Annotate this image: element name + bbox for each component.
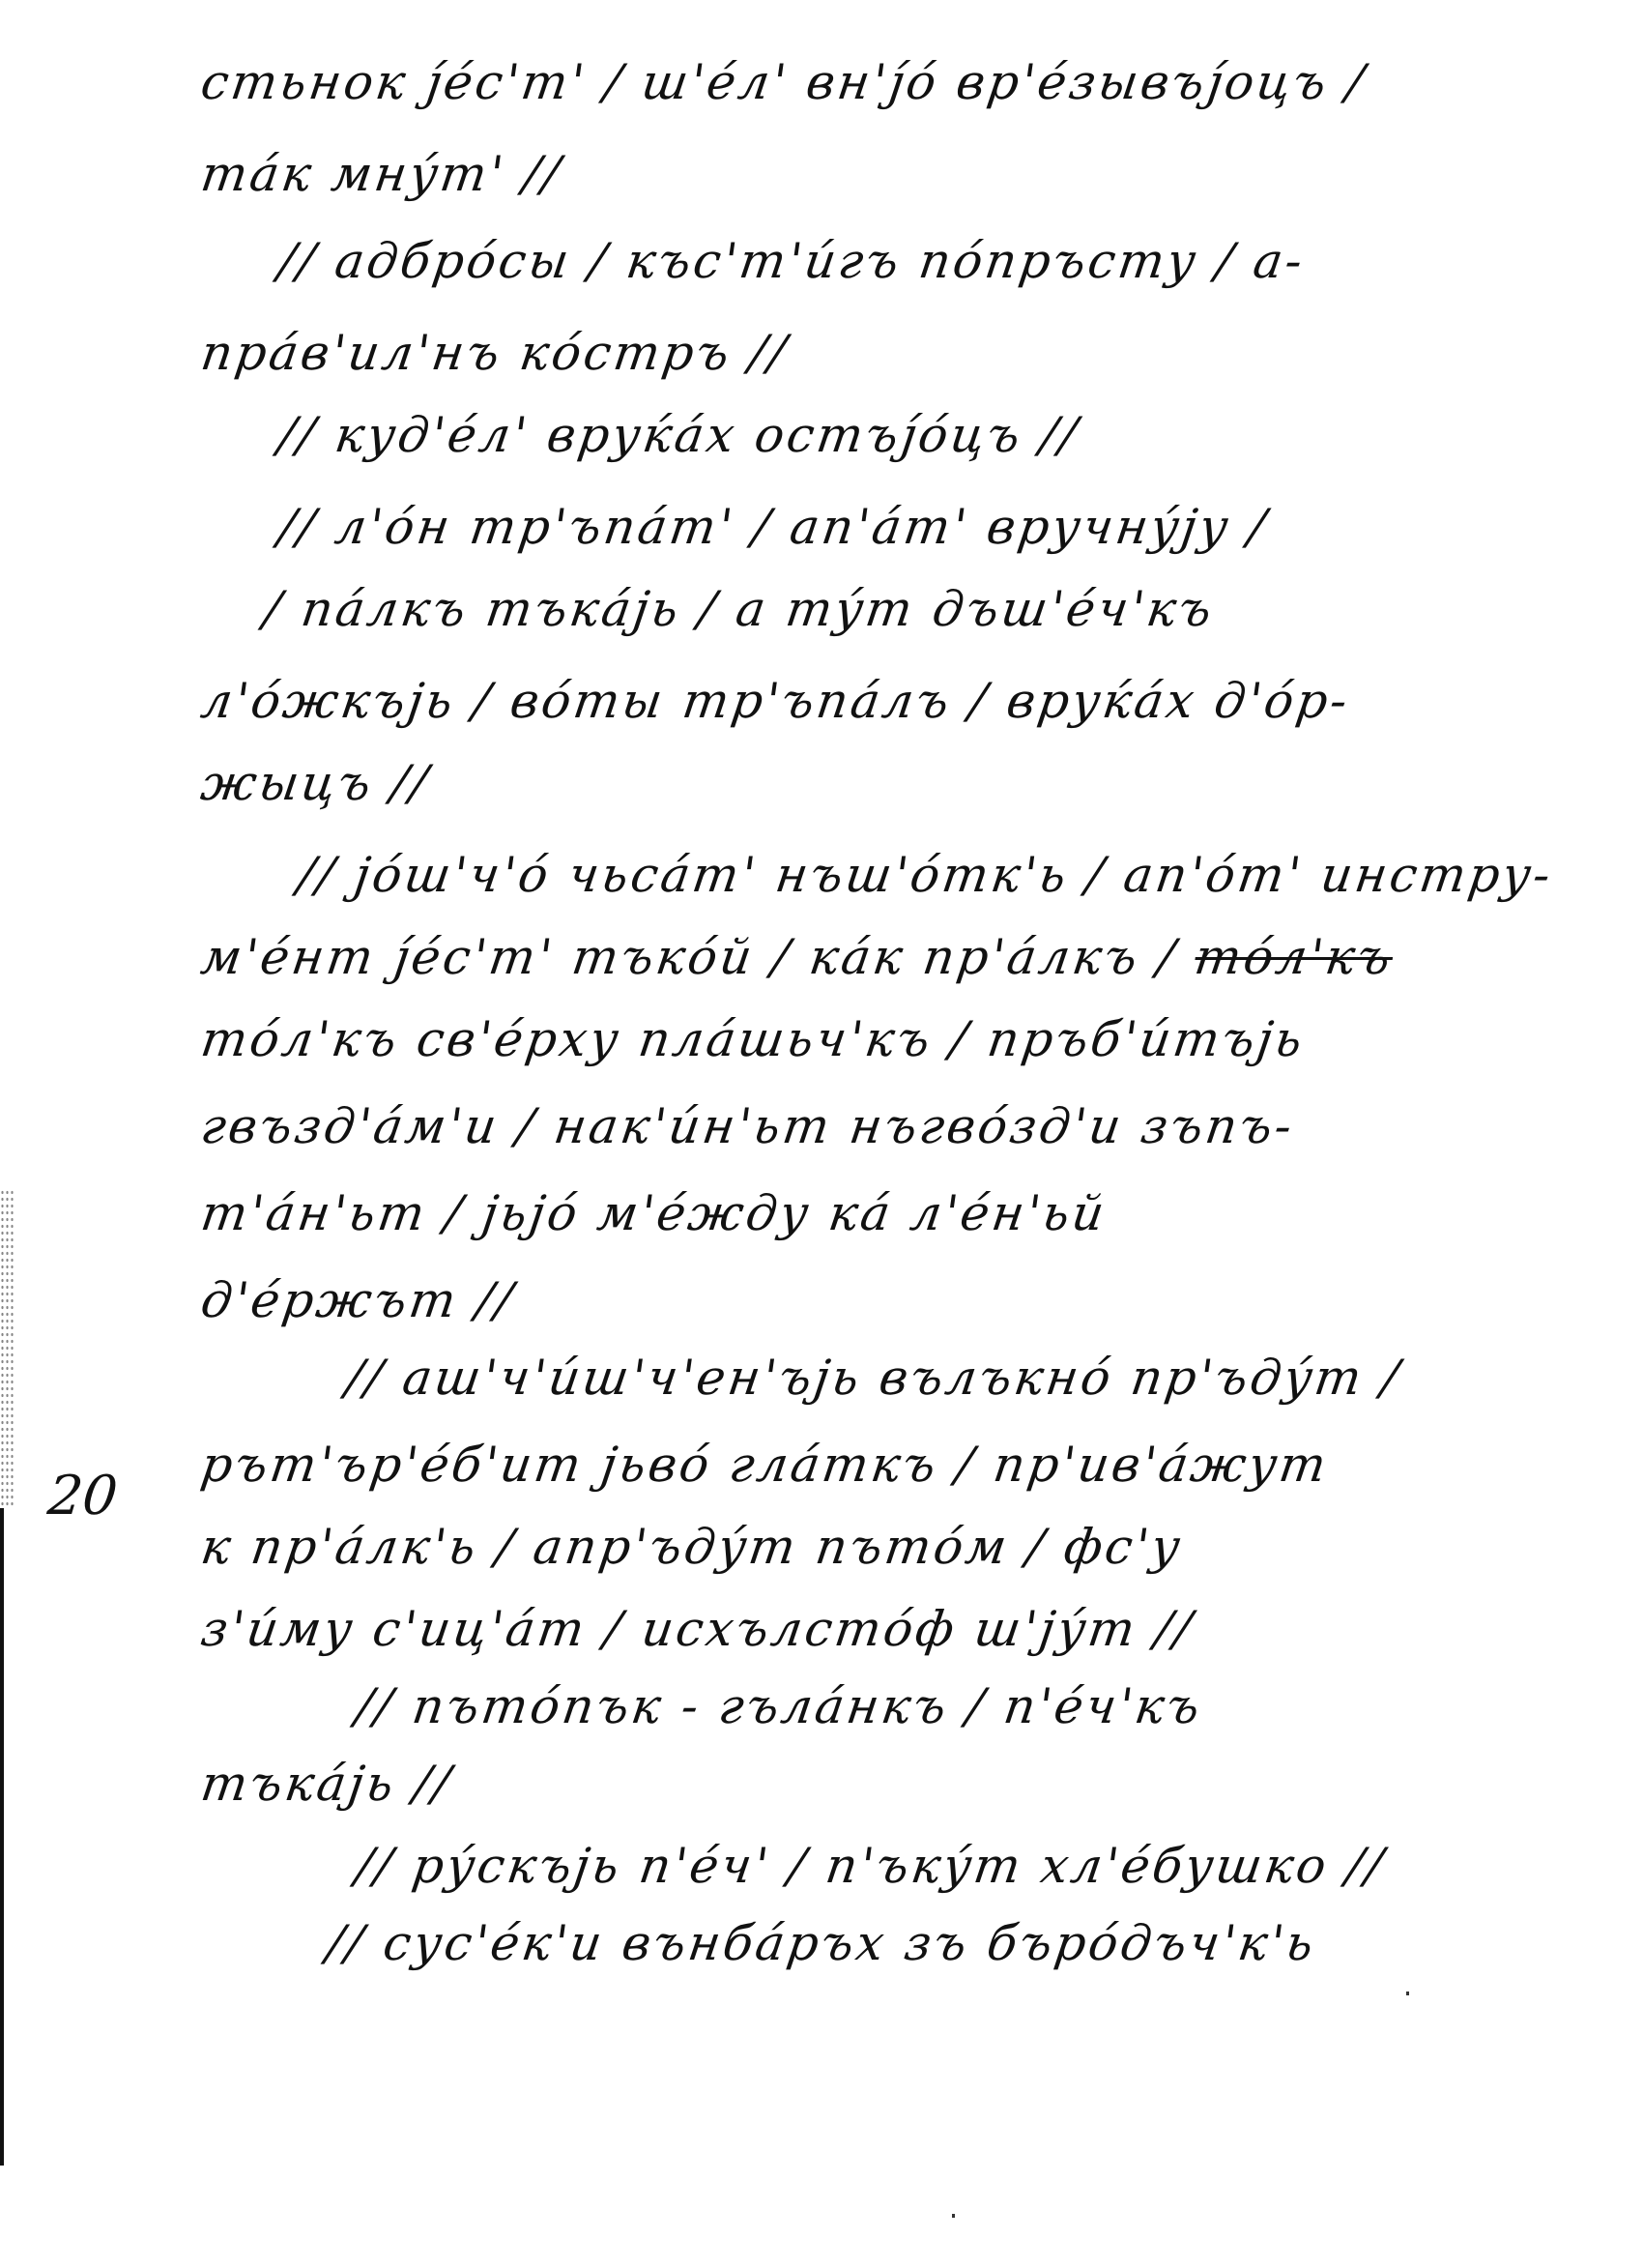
text-line-22: // ру́скъјь п'е́ч' / п'ъку́т хл'е́бушко … — [353, 1842, 1389, 1890]
text-line-11-main: м'е́нт ј́е́с'т' тъко́й / ка́к пр'а́лкъ / — [197, 929, 1181, 985]
text-line-6: // л'о́н тр'ъпа́т' / ап'а́т' вручну́ју / — [275, 503, 1271, 551]
scan-dust — [952, 2214, 955, 2218]
struck-out-word: то́л'къ — [1192, 929, 1397, 985]
text-line-14: т'а́н'ьт / јьјо́ м'е́жду ка́ л'е́н'ьй — [198, 1189, 1110, 1237]
text-line-17: рът'ър'е́б'ит јьво́ гла́ткъ / пр'ив'а́жу… — [198, 1440, 1332, 1489]
scan-edge-shadow — [0, 1508, 4, 2166]
text-line-11: м'е́нт ј́е́с'т' тъко́й / ка́к пр'а́лкъ /… — [198, 933, 1397, 981]
scan-noise — [0, 1189, 15, 1508]
text-line-3: // адбро́сы / къс'т'и́гъ по́пръсту / а- — [275, 237, 1308, 285]
text-line-15: д'е́ржът // — [198, 1276, 518, 1324]
text-line-19: з'и́му с'иц'а́т / исхълсто́ф ш'ју́т // — [198, 1605, 1197, 1653]
text-line-2: та́к мну́т' // — [198, 150, 565, 198]
text-line-20: // пъто́пък - гъла́нкъ / п'е́ч'къ — [353, 1682, 1205, 1730]
text-line-16: // аш'ч'и́ш'ч'ен'ъјь вълъкно́ пр'ъду́т / — [343, 1353, 1404, 1402]
text-line-1: стьнок ј́е́с'т' / ш'е́л' вн'ј́о́ вр'е́зы… — [198, 58, 1369, 106]
text-line-9: жыцъ // — [198, 759, 433, 807]
scan-dust — [1406, 1992, 1409, 1995]
text-line-18: к пр'а́лк'ь / апр'ъду́т пъто́м / фс'у — [198, 1523, 1186, 1571]
page-number: 20 — [45, 1465, 121, 1527]
text-line-13: гвъзд'а́м'и / нак'и́н'ьт нъгво́зд'и зъпъ… — [198, 1102, 1298, 1150]
text-line-12: то́л'къ св'е́рху пла́шьч'къ / пръб'и́тъј… — [198, 1015, 1308, 1063]
text-line-4: пра́в'ил'нъ ко́стръ // — [198, 329, 792, 377]
text-line-23: // сус'е́к'и вънба́ръх зъ бъро́дъч'к'ь — [324, 1919, 1319, 1967]
text-line-10: // јо́ш'ч'о́ чьса́т' нъш'о́тк'ь / ап'о́т… — [295, 851, 1556, 899]
text-line-7: / па́лкъ тъка́јь / а ту́т дъш'е́ч'къ — [261, 585, 1218, 633]
text-line-21: тъка́јь // — [198, 1759, 456, 1808]
scanned-page: стьнок ј́е́с'т' / ш'е́л' вн'ј́о́ вр'е́зы… — [0, 0, 1643, 2268]
text-line-8: л'о́жкъјь / во́ты тр'ъпа́лъ / вруќа́х д'… — [198, 677, 1353, 725]
text-line-5: // куд'е́л' вруќа́х остъј́о́цъ // — [275, 411, 1082, 459]
